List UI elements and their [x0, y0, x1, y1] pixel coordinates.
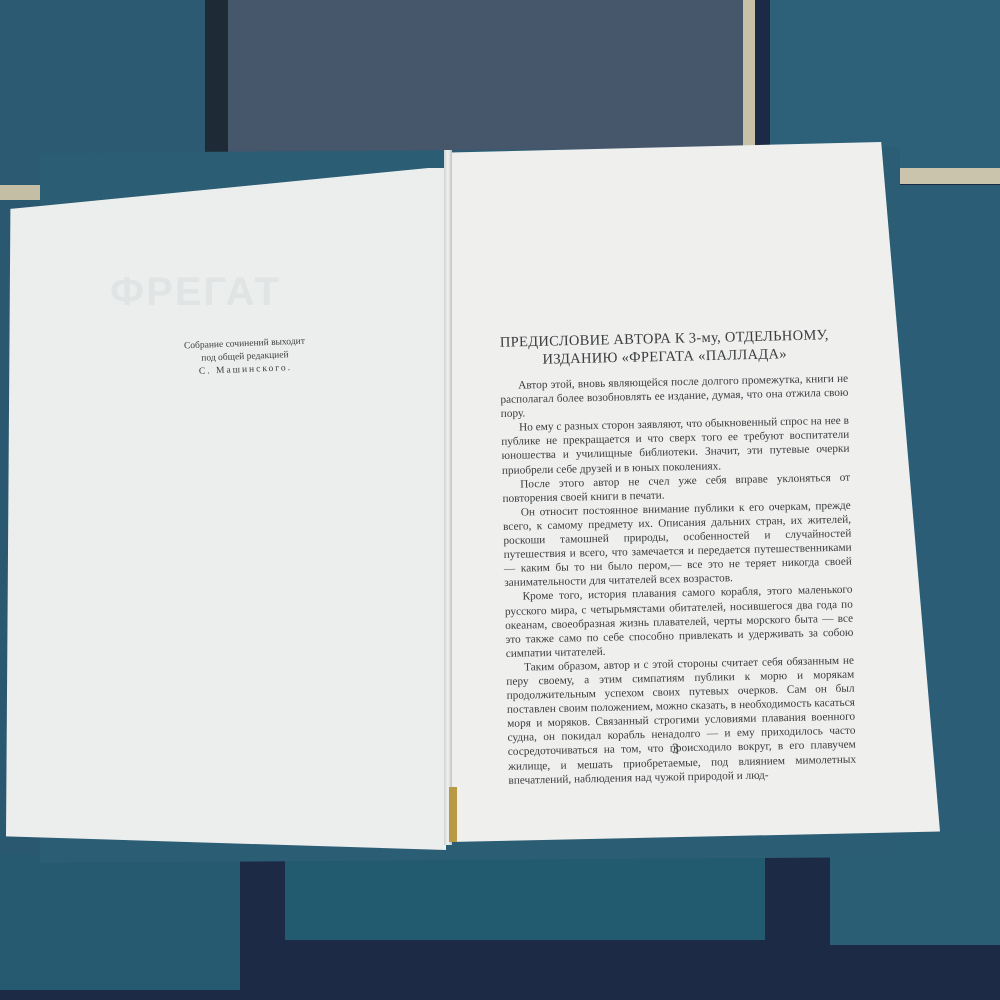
background-book: [0, 855, 240, 990]
background-book: [228, 0, 753, 160]
show-through-title: ФРЕГАТ: [110, 270, 370, 315]
paragraph: Но ему с разных сторон заявляют, что обы…: [501, 414, 850, 478]
shelf-gap: [205, 0, 230, 175]
shelf-rod: [743, 0, 755, 150]
paragraph: Таким образом, автор и с этой стороны сч…: [506, 654, 857, 788]
paragraph: Автор этой, вновь являющейся после долго…: [500, 372, 849, 422]
editor-note: Собрание сочинений выходит под общей ред…: [159, 335, 330, 381]
paragraph: Он относит постоянное внимание публики к…: [503, 499, 853, 591]
page-number: 3: [672, 742, 679, 758]
book-spine-gutter: [444, 150, 452, 845]
paragraph: Кроме того, история плавания самого кора…: [504, 583, 853, 661]
body-text: Автор этой, вновь являющейся после долго…: [500, 372, 856, 788]
spine-tape: [449, 787, 457, 842]
